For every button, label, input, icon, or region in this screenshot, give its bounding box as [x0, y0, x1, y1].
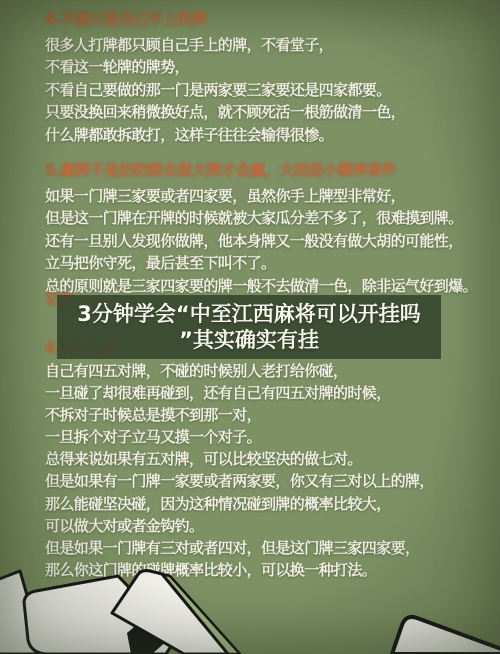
- mahjong-tiles-illustration: [0, 560, 500, 654]
- body-line: 但是如果有一门牌一家要或者两家要，你又有三对以上的牌，: [45, 470, 467, 492]
- section-6-body: 自己有四五对牌，不碰的时候别人老打给你碰， 一旦碰了却很难再碰到，还有自己有四五…: [45, 360, 467, 581]
- section-4-body: 很多人打牌都只顾自己手上的牌，不看堂子， 不看这一轮牌的牌势， 不看自己要做的那…: [45, 34, 467, 146]
- body-line: 只要没换回来稍微换好点，就不顾死活一根筋做清一色，: [45, 101, 467, 123]
- body-line: 一旦拆个对子立马又摸一个对子。: [45, 426, 467, 448]
- overlay-title-line-2: ”其实确实有挂: [179, 327, 319, 353]
- body-line: 可以做大对或者金钩钓。: [45, 515, 467, 537]
- section-4-heading: 4.不能只看自己手上的牌: [45, 8, 475, 29]
- section-5-heading: 5.赢牌不是把把都去做大牌才会赢，大胡是小概率事件: [45, 159, 475, 180]
- body-line: 但是这一门牌在开牌的时候就被大家瓜分差不多了，很难摸到牌。: [45, 207, 467, 229]
- section-5-body: 如果一门牌三家要或者四家要，虽然你手上牌型非常好， 但是这一门牌在开牌的时候就被…: [45, 185, 467, 297]
- overlay-title-line-1: 3分钟学会“中至江西麻将可以开挂吗: [77, 301, 420, 327]
- body-line: 不看自己要做的那一门是两家要三家要还是四家都要。: [45, 79, 467, 101]
- body-line: 如果一门牌三家要或者四家要，虽然你手上牌型非常好，: [45, 185, 467, 207]
- body-line: 但是如果一门牌有三对或者四对，但是这门牌三家四家要，: [45, 537, 467, 559]
- video-title-overlay: 3分钟学会“中至江西麻将可以开挂吗 ”其实确实有挂: [57, 295, 441, 359]
- body-line: 那么能碰坚决碰，因为这种情况碰到牌的概率比较大，: [45, 493, 467, 515]
- body-line: 自己有四五对牌，不碰的时候别人老打给你碰，: [45, 360, 467, 382]
- body-line: 一旦碰了却很难再碰到，还有自己有四五对牌的时候，: [45, 382, 467, 404]
- body-line: 立马把你守死，最后甚至下叫不了。: [45, 252, 467, 274]
- tile-corner-shape: [392, 617, 500, 654]
- body-line: 不看这一轮牌的牌势，: [45, 56, 467, 78]
- article-page: 4.不能只看自己手上的牌 很多人打牌都只顾自己手上的牌，不看堂子， 不看这一轮牌…: [0, 0, 500, 654]
- body-line: 什么牌都敢拆敢打，这样子往往会输得很惨。: [45, 124, 467, 146]
- body-line: 很多人打牌都只顾自己手上的牌，不看堂子，: [45, 34, 467, 56]
- body-line: 不拆对子时候总是摸不到那一对，: [45, 404, 467, 426]
- body-line: 还有一旦别人发现你做牌，他本身牌又一般没有做大胡的可能性，: [45, 230, 467, 252]
- body-line: 总得来说如果有五对牌，可以比较坚决的做七对。: [45, 448, 467, 470]
